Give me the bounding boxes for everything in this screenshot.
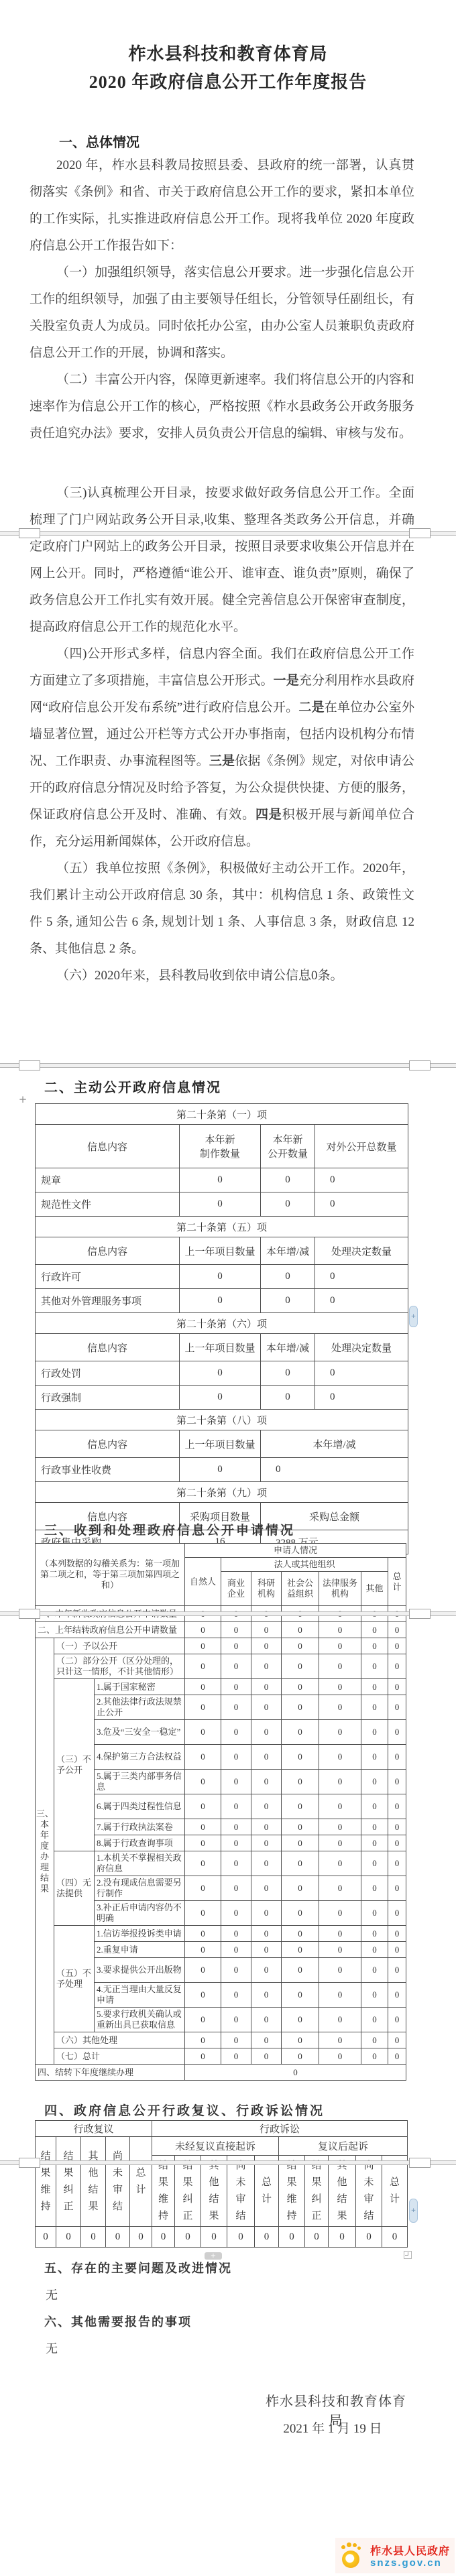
- table-cell: 0: [180, 1265, 261, 1289]
- table-cell: 0: [221, 2032, 251, 2048]
- table-cell: 1.信访举报投诉类申请: [95, 1926, 185, 1942]
- table-cell: 0: [221, 1901, 251, 1926]
- table-cell: 0: [185, 1926, 221, 1942]
- table-insert-control[interactable]: +: [409, 1306, 418, 1327]
- table-corner-note: （本列数据的勾稽关系为：第一项加第二项之和，等于第三项加第四项之和）: [36, 1544, 185, 1606]
- table-cell: 其 他 结 果: [201, 2156, 227, 2227]
- table-cell: 0: [261, 1168, 315, 1192]
- table-row: 信息内容上一年项目数量本年增/减处理决定数量: [36, 1334, 408, 1361]
- table-cell: 0: [282, 1819, 319, 1835]
- table-cell: 0: [251, 1851, 282, 1876]
- table-cell: 0: [221, 2008, 251, 2032]
- table-row: 信息内容上一年项目数量本年增/减: [36, 1430, 408, 1458]
- section-heading-other-matters: 六、其他需要报告的事项: [44, 2313, 192, 2330]
- table-row: 规章000: [36, 1168, 408, 1192]
- table-cell: 0: [282, 1720, 319, 1745]
- table-cell: 0: [185, 1720, 221, 1745]
- table-cell: 0: [185, 1901, 221, 1926]
- table-cell: 0: [388, 1876, 406, 1901]
- table-cell: 0: [282, 1638, 319, 1654]
- table-article20: 第二十条第（一）项信息内容本年新 制作数量本年新 公开数量对外公开总数量规章00…: [35, 1103, 408, 1554]
- table-cell: 0: [388, 1983, 406, 2008]
- table-review-lawsuit: 行政复议行政诉讼结 果 维 持结 果 纠 正其 他 结 果尚 未 审 结总 计未…: [35, 2120, 408, 2248]
- table-header-cell: 信息内容: [36, 1125, 180, 1168]
- section-heading-problems: 五、存在的主要问题及改进情况: [44, 2259, 232, 2276]
- margin-marker: [19, 2158, 40, 2168]
- table-cell: 0: [319, 1622, 361, 1638]
- table-cell: 0: [251, 1679, 282, 1695]
- table-row: 行政强制000: [36, 1386, 408, 1410]
- table-cell: 0: [221, 1835, 251, 1851]
- table-cell: 0: [227, 2227, 255, 2248]
- table-cell: 0: [361, 2008, 388, 2032]
- table-cell: 0: [221, 1794, 251, 1819]
- table-cell: 0: [319, 1901, 361, 1926]
- table-cell: 0: [282, 2048, 319, 2065]
- table-row: 三、本年度办理结果（一）予以公开0000000: [36, 1638, 406, 1654]
- table-row: 行政事业性收费00: [36, 1458, 408, 1482]
- table-cell: 0: [221, 1851, 251, 1876]
- table-cell: 0: [56, 2227, 81, 2248]
- table-header-cell: 上一年项目数量: [180, 1334, 261, 1361]
- table-row: 信息内容上一年项目数量本年增/减处理决定数量: [36, 1237, 408, 1265]
- table-cell: 0: [315, 1168, 408, 1192]
- table-row: 其他对外管理服务事项000: [36, 1289, 408, 1313]
- table-cell: 5.属于三类内部事务信息: [95, 1770, 185, 1794]
- table-cell: 0: [319, 1745, 361, 1770]
- table-cell: 二、上年结转政府信息公开申请数量: [36, 1622, 185, 1638]
- paragraph-block-a: 2020 年，柞水县科教局按照县委、县政府的统一部署，认真贯彻落实《条例》和省、…: [30, 152, 414, 447]
- problems-body: 无: [46, 2286, 58, 2303]
- table-row: 第二十条第（一）项: [36, 1104, 408, 1125]
- document-title-line2: 2020 年政府信息公开工作年度报告: [0, 68, 456, 97]
- table-cell: 结 果 维 持: [36, 2137, 56, 2227]
- table-cell: 0: [279, 2227, 305, 2248]
- table-row: （本列数据的勾稽关系为：第一项加第二项之和，等于第三项加第四项之和）申请人情况: [36, 1544, 406, 1558]
- table-row: 信息内容本年新 制作数量本年新 公开数量对外公开总数量: [36, 1125, 408, 1168]
- table-cell: 法人或其他组织: [221, 1558, 388, 1572]
- table-cell: 0: [185, 1695, 221, 1720]
- table-subgroup-label: （三）不予公开: [54, 1679, 95, 1851]
- table-row: 第二十条第（八）项: [36, 1410, 408, 1430]
- paragraph: （二）丰富公开内容，保障更新速率。我们将信息公开的内容和速率作为信息公开工作的核…: [30, 367, 414, 447]
- table-cell: 0: [319, 2008, 361, 2032]
- margin-marker: [409, 1060, 431, 1070]
- table-row: 第二十条第（九）项: [36, 1482, 408, 1503]
- table-cell: 0: [282, 1942, 319, 1958]
- table-cell: 0: [361, 1720, 388, 1745]
- table-cell: 0: [261, 1192, 315, 1217]
- page-break: [0, 1063, 456, 1068]
- table-cell: 0: [261, 1289, 315, 1313]
- table-cell: 结 果 维 持: [279, 2156, 305, 2227]
- table-cell: 0: [282, 1958, 319, 1983]
- table-cell: 0: [251, 1835, 282, 1851]
- table-row: 000000000000000: [36, 2227, 408, 2248]
- table-cell: 0: [319, 2048, 361, 2065]
- table-cell: 行政诉讼: [152, 2121, 408, 2137]
- table-cell: 0: [221, 1983, 251, 2008]
- table-cell: 0: [185, 1958, 221, 1983]
- table-cell: 0: [251, 2008, 282, 2032]
- table-cell: 0: [319, 1720, 361, 1745]
- table-cell: 0: [282, 1770, 319, 1794]
- table-cell: 0: [388, 1819, 406, 1835]
- margin-marker: [19, 528, 40, 538]
- table-cell: 0: [251, 1770, 282, 1794]
- page-break: [0, 1611, 456, 1616]
- table-cell: 0: [361, 1745, 388, 1770]
- table-cell: 0: [329, 2227, 356, 2248]
- table-subgroup-label: （五）不予处理: [54, 1926, 95, 2032]
- table-cell: 0: [282, 1654, 319, 1679]
- table-cell: 规章: [36, 1168, 180, 1192]
- table-cell: 0: [282, 1983, 319, 2008]
- table-cell: 1.本机关不掌握相关政府信息: [95, 1851, 185, 1876]
- table-cell: 0: [221, 1679, 251, 1695]
- section-heading-overview: 一、总体情况: [59, 131, 139, 151]
- table-cell: 0: [361, 1819, 388, 1835]
- table-cell: 0: [319, 1679, 361, 1695]
- table-resize-handle-icon[interactable]: [404, 2251, 412, 2259]
- table-cell: 0: [221, 1622, 251, 1638]
- table-cell: 0: [319, 1876, 361, 1901]
- margin-marker: [409, 1609, 431, 1619]
- table-cell: 0: [361, 1654, 388, 1679]
- table-cell: 0: [251, 1745, 282, 1770]
- table-cell: （六）其他处理: [54, 2032, 185, 2048]
- table-cell: 0: [185, 1942, 221, 1958]
- table-cell: 0: [319, 1770, 361, 1794]
- table-cell: 0: [175, 2227, 201, 2248]
- paragraph-block-b: （三)认真梳理公开目录，按要求做好政务信息公开工作。全面梳理了门户网站政务公开目…: [30, 480, 414, 641]
- table-cell: 0: [388, 1654, 406, 1679]
- table-cell: 8.属于行政查询事项: [95, 1835, 185, 1851]
- table-row: 规范性文件000: [36, 1192, 408, 1217]
- table-cell: 0: [315, 1192, 408, 1217]
- table-cell: 0: [106, 2227, 130, 2248]
- table-header-cell: 本年增/减: [261, 1334, 315, 1361]
- table-cell: 0: [319, 1983, 361, 2008]
- table-cell: 0: [221, 1958, 251, 1983]
- table-section-title: 第二十条第（六）项: [36, 1313, 408, 1334]
- table-cell: 自然人: [185, 1558, 221, 1606]
- paragraph: （三)认真梳理公开目录，按要求做好政务信息公开工作。全面梳理了门户网站政务公开目…: [30, 480, 414, 641]
- table-cell: 0: [180, 1386, 261, 1410]
- table-row: 第二十条第（六）项: [36, 1313, 408, 1334]
- table-cell: 0: [356, 2227, 382, 2248]
- table-cell: 0: [361, 1835, 388, 1851]
- table-cell: 6.属于四类过程性信息: [95, 1794, 185, 1819]
- section-heading-review-lawsuit: 四、政府信息公开行政复议、行政诉讼情况: [44, 2101, 325, 2119]
- table-cell: 0: [261, 1361, 315, 1386]
- table-cell: 0: [255, 2227, 279, 2248]
- table-cell: 0: [361, 1851, 388, 1876]
- table-cell: 0: [319, 1819, 361, 1835]
- table-cell: 0: [221, 1745, 251, 1770]
- table-cell: 尚 未 审 结: [106, 2137, 130, 2227]
- table-cell: 0: [282, 1679, 319, 1695]
- table-cell: 4.无正当理由大量反复申请: [95, 1983, 185, 2008]
- table-cell: 0: [130, 2227, 152, 2248]
- table-cell: 总 计: [382, 2156, 408, 2227]
- table-move-handle-icon[interactable]: +: [18, 1095, 27, 1104]
- table-cell: 0: [185, 1835, 221, 1851]
- table-cell: 0: [261, 1386, 315, 1410]
- table-row: 行政复议行政诉讼: [36, 2121, 408, 2137]
- table-cell: 0: [388, 1695, 406, 1720]
- table-cell: 行政处罚: [36, 1361, 180, 1386]
- table-cell: 0: [201, 2227, 227, 2248]
- table-cell: 0: [180, 1289, 261, 1313]
- table-cell: 0: [221, 1638, 251, 1654]
- section-heading-requests: 三、收到和处理政府信息公开申请情况: [44, 1520, 295, 1538]
- paragraph: （六）2020年来，县科教局收到依申请公信息0条。: [30, 963, 414, 989]
- table-cell: 0: [251, 2048, 282, 2065]
- table-header-cell: 本年新 公开数量: [261, 1125, 315, 1168]
- table-cell: 0: [388, 1679, 406, 1695]
- table-cell: 0: [185, 2032, 221, 2048]
- footprint-logo-icon: [341, 2542, 366, 2568]
- table-cell: 0: [319, 1695, 361, 1720]
- table-row: 行政许可000: [36, 1265, 408, 1289]
- table-cell: 0: [388, 1901, 406, 1926]
- table-cell: 社会公益组织: [282, 1572, 319, 1606]
- table-cell: 0: [282, 1695, 319, 1720]
- table-cell: 0: [282, 2032, 319, 2048]
- table-cell: 0: [361, 1638, 388, 1654]
- table-cell: 0: [185, 1770, 221, 1794]
- table-cell: 0: [185, 2008, 221, 2032]
- table-cell: 0: [282, 1851, 319, 1876]
- table-cell: 0: [361, 1794, 388, 1819]
- table-cell: 0: [36, 2227, 56, 2248]
- table-cell: 0: [282, 1622, 319, 1638]
- margin-marker: [19, 1060, 40, 1070]
- table-row: （七）总计0000000: [36, 2048, 406, 2065]
- table-row: 四、结转下年度继续办理0: [36, 2065, 406, 2081]
- table-cell: 0: [388, 1958, 406, 1983]
- table-cell: 尚 未 审 结: [227, 2156, 255, 2227]
- table-cell: 0: [388, 1835, 406, 1851]
- table-cell: 0: [382, 2227, 408, 2248]
- table-cell: 0: [361, 2032, 388, 2048]
- table-cell: 四、结转下年度继续办理: [36, 2065, 185, 2081]
- table-cell: 申请人情况: [185, 1544, 406, 1558]
- table-cell: 商业企业: [221, 1572, 251, 1606]
- table-cell: 0: [282, 1876, 319, 1901]
- table-cell: 0: [388, 1622, 406, 1638]
- table-cell: 2.没有现成信息需要另行制作: [95, 1876, 185, 1901]
- table-cell: 0: [388, 1638, 406, 1654]
- table-requests: （本列数据的勾稽关系为：第一项加第二项之和，等于第三项加第四项之和）申请人情况自…: [35, 1543, 406, 2081]
- badge-government-name: 柞水县人民政府: [370, 2542, 450, 2558]
- table-cell: 0: [221, 1819, 251, 1835]
- table-row: （二）部分公开（区分处理的，只计这一情形，不计其他情形）0000000: [36, 1654, 406, 1679]
- table-cell: 3.要求提供公开出版物: [95, 1958, 185, 1983]
- table-cell: 3.补正后申请内容仍不明确: [95, 1901, 185, 1926]
- page-break: [0, 531, 456, 536]
- table-cell: 0: [361, 1679, 388, 1695]
- table-row: （三）不予公开1.属于国家秘密0000000: [36, 1679, 406, 1695]
- table-cell: 0: [180, 1458, 261, 1482]
- table-cell: 0: [251, 1942, 282, 1958]
- table-cell: 0: [251, 1794, 282, 1819]
- table-header-cell: 信息内容: [36, 1430, 180, 1458]
- table-row: 行政处罚000: [36, 1361, 408, 1386]
- table-cell: 0: [305, 2227, 329, 2248]
- table-cell: 2.其他法律行政法规禁止公开: [95, 1695, 185, 1720]
- table-cell: 0: [319, 1942, 361, 1958]
- table-section-title: 第二十条第（五）项: [36, 1217, 408, 1237]
- table-cell: 0: [180, 1192, 261, 1217]
- paragraph-block-c: （四)公开形式多样，信息内容全面。我们在政府信息公开工作方面建立了多项措施，丰富…: [30, 641, 414, 989]
- table-cell: 0: [185, 1794, 221, 1819]
- table-cell: 0: [221, 1695, 251, 1720]
- table-cell: （二）部分公开（区分处理的，只计这一情形，不计其他情形）: [54, 1654, 185, 1679]
- other-matters-body: 无: [46, 2339, 58, 2357]
- table-cell: 0: [282, 1745, 319, 1770]
- table-cell: 4.保护第三方合法权益: [95, 1745, 185, 1770]
- table-cell: 0: [388, 1794, 406, 1819]
- table-header-cell: 处理决定数量: [315, 1334, 408, 1361]
- table-cell: 0: [251, 1720, 282, 1745]
- table-cell: 0: [388, 1770, 406, 1794]
- table-cell: 0: [361, 1983, 388, 2008]
- table-cell: 其他对外管理服务事项: [36, 1289, 180, 1313]
- table-cell: 0: [388, 1942, 406, 1958]
- table-section-title: 第二十条第（一）项: [36, 1104, 408, 1125]
- table-cell: 0: [185, 1851, 221, 1876]
- table-section-title: 第二十条第（九）项: [36, 1482, 408, 1503]
- paragraph: （五）我单位按照《条例》，积极做好主动公开工作。2020年，我们累计主动公开政府…: [30, 855, 414, 963]
- table-cell: 0: [185, 1983, 221, 2008]
- table-cell: 0: [319, 1794, 361, 1819]
- table-row: （六）其他处理0000000: [36, 2032, 406, 2048]
- table-cell: 0: [185, 1745, 221, 1770]
- table-cell: 0: [221, 1720, 251, 1745]
- table-cell: 0: [180, 1361, 261, 1386]
- table-cell: 其 他 结 果: [329, 2156, 356, 2227]
- table-header-cell: 本年新 制作数量: [180, 1125, 261, 1168]
- table-cell: 0: [315, 1289, 408, 1313]
- table-cell: 0: [319, 1835, 361, 1851]
- table-cell: 0: [251, 1983, 282, 2008]
- table-cell: 0: [388, 1851, 406, 1876]
- margin-marker: [19, 1609, 40, 1619]
- table-header-cell: 本年增/减: [261, 1430, 408, 1458]
- paragraph: 2020 年，柞水县科教局按照县委、县政府的统一部署，认真贯彻落实《条例》和省、…: [30, 152, 414, 259]
- table-cell: 总 计: [255, 2156, 279, 2227]
- table-header-cell: 信息内容: [36, 1334, 180, 1361]
- table-cell: 0: [221, 1876, 251, 1901]
- table-cell: （七）总计: [54, 2048, 185, 2065]
- table-cell: 0: [361, 1770, 388, 1794]
- table-cell: 其 他 结 果: [81, 2137, 106, 2227]
- table-cell: 复议后起诉: [279, 2137, 408, 2156]
- table-cell: 结 果 维 持: [152, 2156, 175, 2227]
- paragraph: （四)公开形式多样，信息内容全面。我们在政府信息公开工作方面建立了多项措施，丰富…: [30, 641, 414, 855]
- table-row: （五）不予处理1.信访举报投诉类申请0000000: [36, 1926, 406, 1942]
- table-cell: 0: [315, 1265, 408, 1289]
- table-header-cell: 对外公开总数量: [315, 1125, 408, 1168]
- table-cell: 0: [319, 1638, 361, 1654]
- table-cell: 0: [388, 2048, 406, 2065]
- signature-date: 2021 年 1 月 19 日: [259, 2418, 406, 2437]
- table-cell: 0: [221, 1654, 251, 1679]
- table-cell: 总计: [388, 1558, 406, 1606]
- table-cell: 0: [361, 1942, 388, 1958]
- badge-site-domain[interactable]: snzs.gov.cn: [370, 2557, 442, 2569]
- table-cell: 0: [251, 1926, 282, 1942]
- table-cell: 行政事业性收费: [36, 1458, 180, 1482]
- table-cell: 0: [282, 1926, 319, 1942]
- table-cell: （一）予以公开: [54, 1638, 185, 1654]
- margin-marker: [409, 528, 431, 538]
- page-break: [0, 2160, 456, 2165]
- table-cell: 0: [282, 1794, 319, 1819]
- table-cell: 规范性文件: [36, 1192, 180, 1217]
- table-cell: 0: [282, 1901, 319, 1926]
- table-cell: 行政复议: [36, 2121, 152, 2137]
- table-cell: 0: [251, 1638, 282, 1654]
- table-cell: 行政强制: [36, 1386, 180, 1410]
- table-cell: 0: [388, 2008, 406, 2032]
- table-cell: 0: [251, 1819, 282, 1835]
- document-title-line1: 柞水县科技和教育体育局: [0, 40, 456, 68]
- margin-marker: [409, 2158, 431, 2168]
- table-cell: 0: [185, 1622, 221, 1638]
- table-cell: 0: [319, 1654, 361, 1679]
- table-group-label: 三、本年度办理结果: [36, 1638, 54, 2065]
- table-cell: 0: [315, 1386, 408, 1410]
- table-cell: 3.危及“三安全一稳定”: [95, 1720, 185, 1745]
- table-cell: 行政许可: [36, 1265, 180, 1289]
- table-cell: 0: [251, 1876, 282, 1901]
- government-site-badge[interactable]: 柞水县人民政府 snzs.gov.cn: [335, 2538, 455, 2573]
- table-row: 二、上年结转政府信息公开申请数量0000000: [36, 1622, 406, 1638]
- table-cell: 2.重复申请: [95, 1942, 185, 1958]
- table-cell: 0: [361, 1958, 388, 1983]
- table-cell: 0: [221, 1770, 251, 1794]
- section-heading-proactive-disclosure: 二、主动公开政府信息情况: [44, 1077, 221, 1096]
- table-cell: 5.要求行政机关确认或重新出具已获取信息: [95, 2008, 185, 2032]
- table-cell: 0: [221, 2048, 251, 2065]
- table-cell: 0: [221, 1926, 251, 1942]
- table-cell: 0: [251, 2032, 282, 2048]
- table-cell: 0: [361, 1926, 388, 1942]
- table-cell: 0: [282, 1835, 319, 1851]
- table-cell: 0: [152, 2227, 175, 2248]
- table-insert-control[interactable]: +: [409, 2199, 418, 2223]
- table-cell: 科研机构: [251, 1572, 282, 1606]
- table-cell: 尚 未 审 结: [356, 2156, 382, 2227]
- table-cell: 0: [221, 1942, 251, 1958]
- table-section-title: 第二十条第（八）项: [36, 1410, 408, 1430]
- table-cell: 0: [388, 2032, 406, 2048]
- table-cell: 0: [315, 1361, 408, 1386]
- table-cell: 0: [81, 2227, 106, 2248]
- table-cell: 法律服务机构: [319, 1572, 361, 1606]
- table-cell: 0: [251, 1901, 282, 1926]
- table-cell: 0: [251, 1654, 282, 1679]
- table-header-cell: 处理决定数量: [315, 1237, 408, 1265]
- table-cell: 0: [261, 1265, 315, 1289]
- table-cell: 0: [361, 1695, 388, 1720]
- table-cell: 未经复议直接起诉: [152, 2137, 279, 2156]
- table-cell: 0: [361, 2048, 388, 2065]
- table-cell: 0: [185, 1654, 221, 1679]
